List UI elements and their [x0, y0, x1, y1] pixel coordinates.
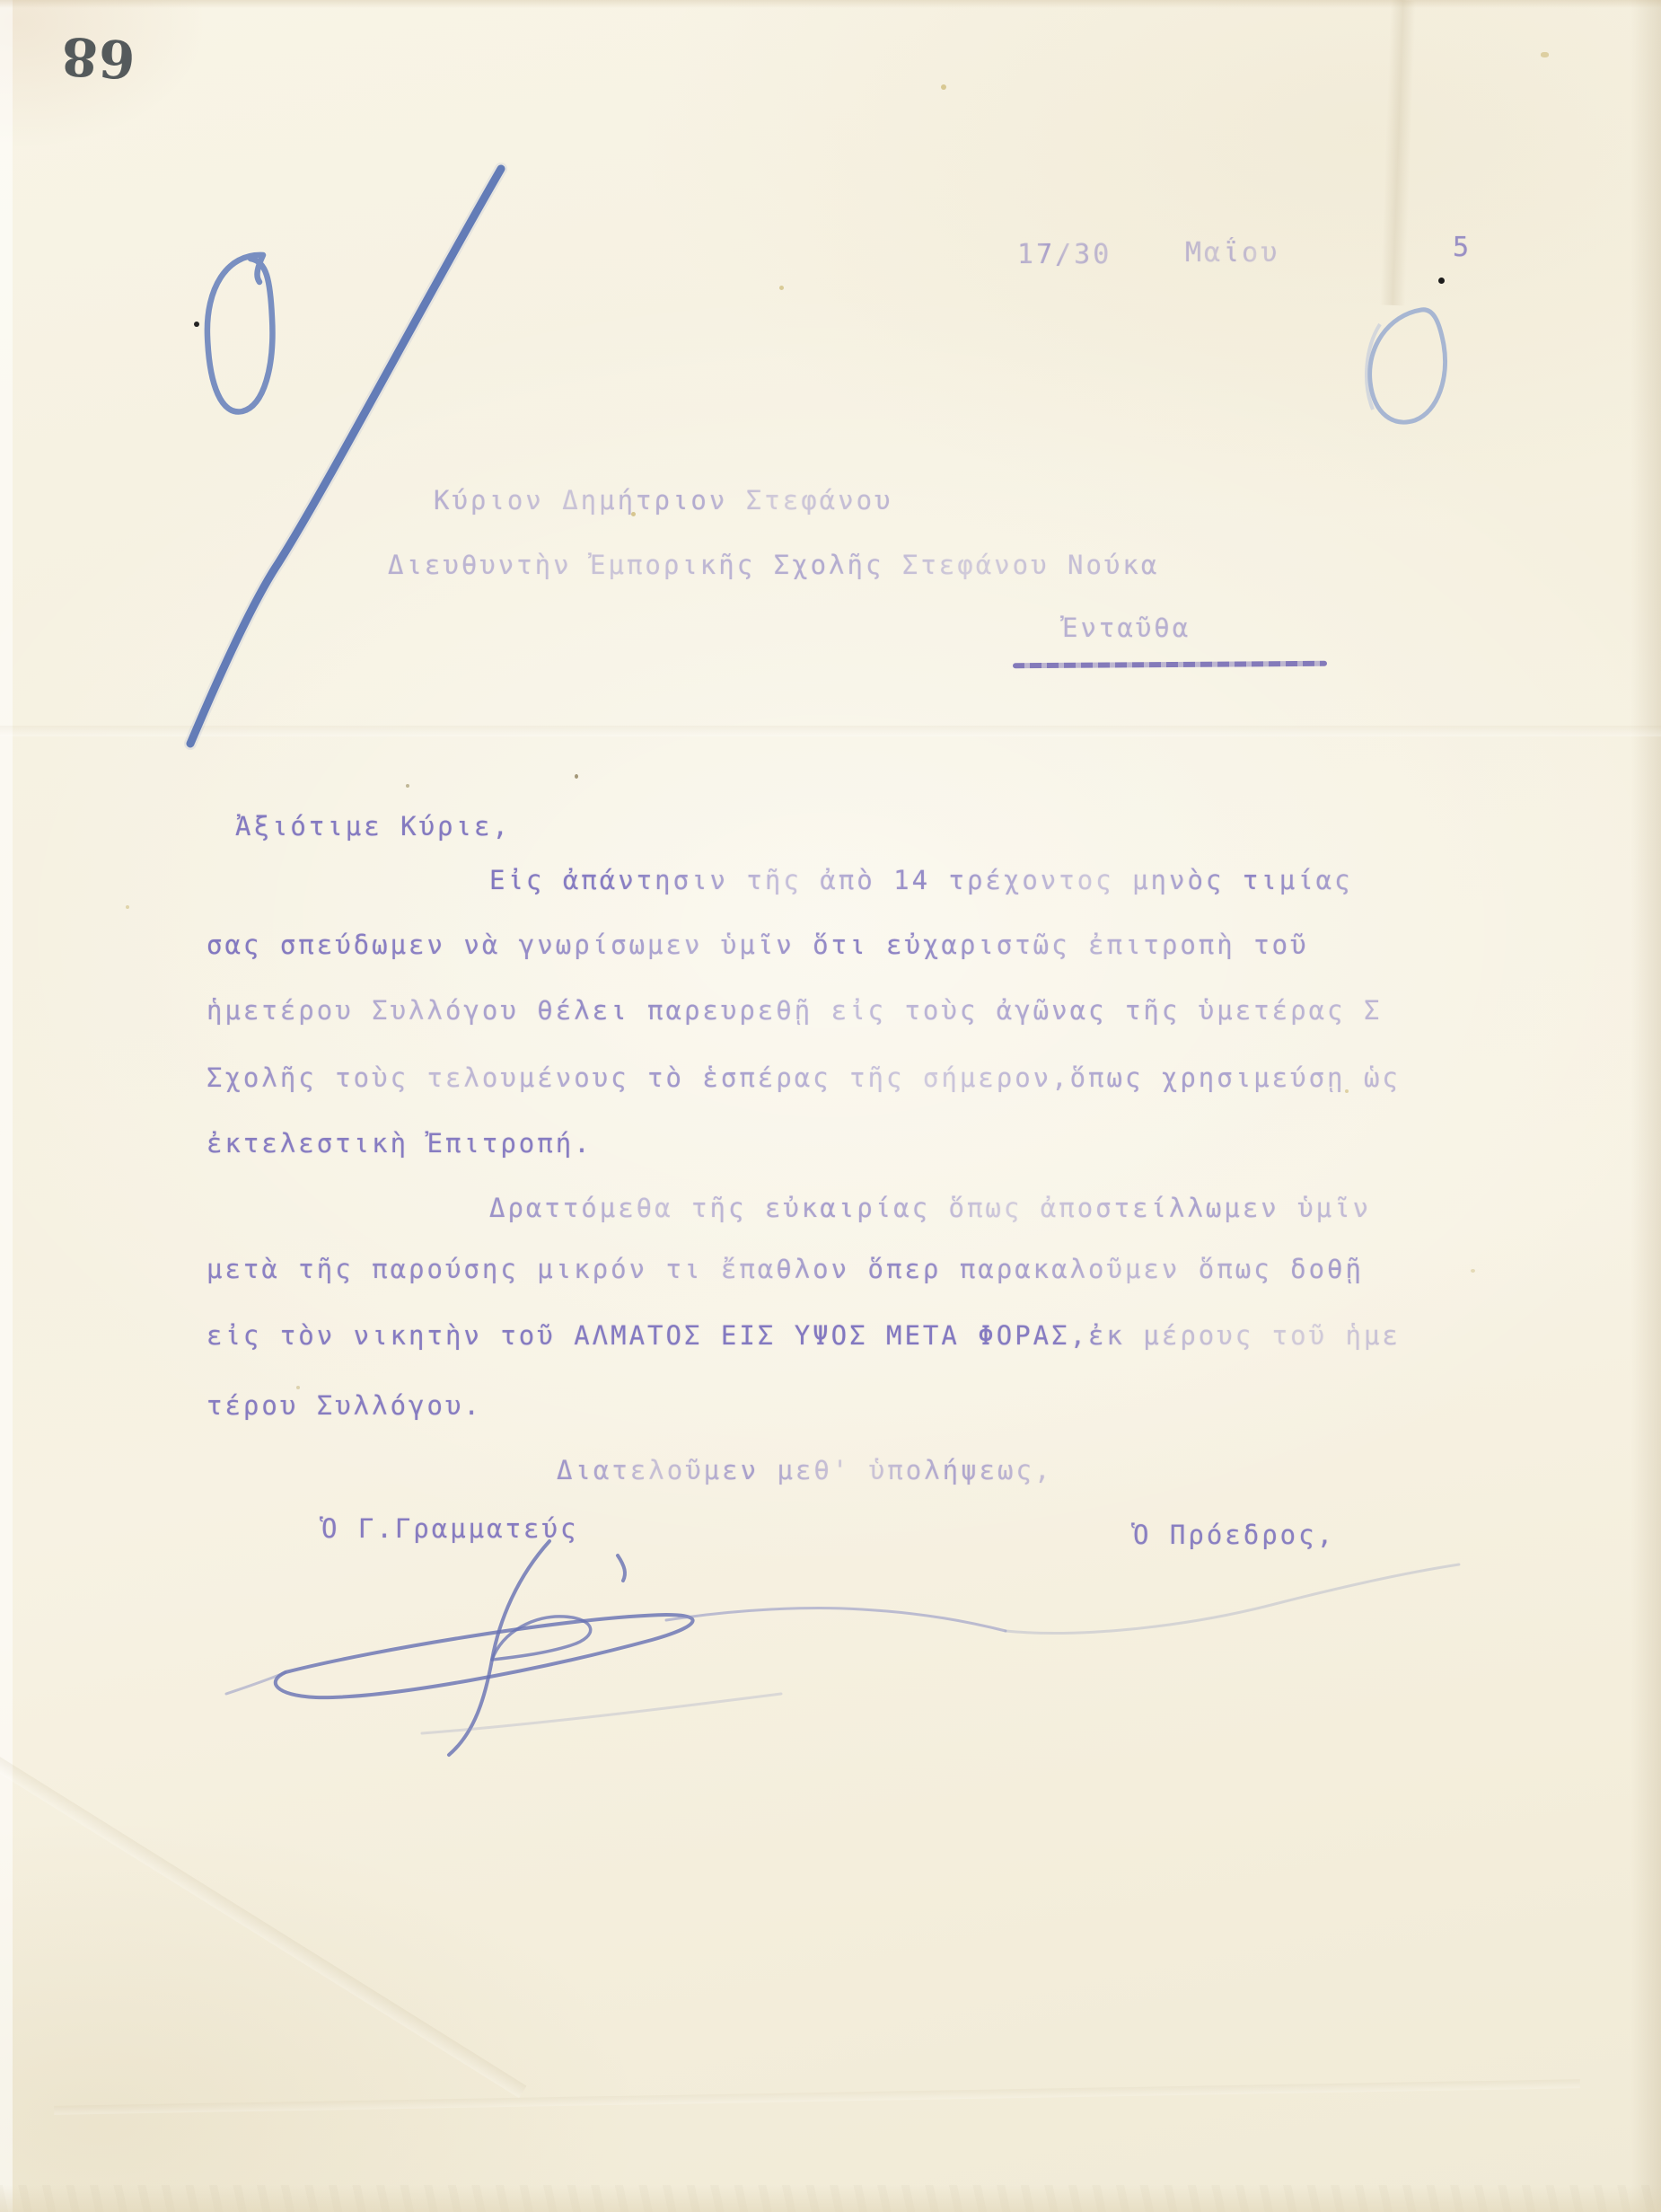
body-line-3: ἡμετέρου Συλλόγου θέλει παρευρεθῇ εἰς το…: [207, 995, 1382, 1026]
paper-speck: [1471, 1269, 1475, 1273]
recipient-name-line: Κύριον Δημήτριον Στεφάνου: [434, 485, 893, 516]
paper-speck: [575, 774, 578, 779]
body-line-4: Σχολῆς τοὺς τελουμένους τὸ ἑσπέρας τῆς σ…: [207, 1062, 1401, 1093]
ink-dot: [194, 322, 199, 327]
secretary-label: Ὁ Γ.Γραμματεύς: [321, 1513, 578, 1544]
blue-slash-mark: [190, 169, 501, 744]
body-line-6: Δραττόμεθα τῆς εὐκαιρίας ὅπως ἀποστείλλω…: [489, 1193, 1371, 1223]
signature: [226, 1541, 1459, 1755]
paper-crease-horizontal: [0, 726, 1661, 736]
paper-edge-right: [1630, 0, 1661, 2212]
ink-dot: [1438, 278, 1445, 284]
blue-oval-right: [1370, 310, 1446, 422]
paper-speck: [779, 286, 784, 290]
body-line-2: σας σπεύδωμεν νὰ γνωρίσωμεν ὑμῖν ὅτι εὐχ…: [207, 930, 1309, 960]
salutation: Ἀξιότιμε Κύριε,: [235, 811, 511, 842]
paper-speck: [296, 1386, 300, 1389]
body-line-8: εἰς τὸν νικητὴν τοῦ ΑΛΜΑΤΟΣ ΕΙΣ ΥΨΟΣ ΜΕΤ…: [207, 1320, 1401, 1351]
letter-scan-page: { "colors": { "ink": "#7b70bd", "pencil_…: [0, 0, 1661, 2212]
place-underline: [1013, 661, 1327, 668]
paper-speck: [941, 84, 946, 90]
date-number: 5: [1453, 232, 1472, 263]
paper-speck: [1541, 52, 1549, 57]
paper-crease-bottom-left: [0, 1724, 526, 2098]
body-line-9: τέρου Συλλόγου.: [207, 1390, 482, 1421]
paper-edge-left: [0, 0, 13, 2212]
recipient-place-line: Ἐνταῦθα: [1062, 612, 1191, 643]
recipient-title-line: Διευθυντὴν Ἐμπορικῆς Σχολῆς Στεφάνου Νού…: [388, 550, 1159, 580]
pencil-marks-layer: [0, 0, 1661, 2212]
paper-crease-bottom: [54, 2079, 1580, 2115]
date-day: 17/30: [1017, 239, 1112, 270]
page-number-handwritten: 68: [57, 22, 138, 93]
date-month: Μαΐου: [1185, 237, 1279, 269]
president-label: Ὁ Πρόεδρος,: [1133, 1520, 1335, 1550]
body-line-7: μετὰ τῆς παρούσης μικρόν τι ἔπαθλον ὅπερ…: [207, 1254, 1364, 1284]
body-line-5: ἐκτελεστικὴ Ἐπιτροπή.: [207, 1128, 593, 1159]
paper-speck: [406, 784, 409, 788]
paper-edge-top: [0, 0, 1661, 8]
paper-speck: [126, 905, 129, 909]
paper-edge-bottom: [0, 2185, 1661, 2212]
paper-crease-top-right: [1380, 0, 1416, 305]
blue-oval-left: [207, 255, 273, 412]
body-line-1: Εἰς ἀπάντησιν τῆς ἀπὸ 14 τρέχοντος μηνὸς…: [489, 865, 1353, 895]
closing-line: Διατελοῦμεν μεθ' ὑπολήψεως,: [557, 1455, 1052, 1485]
